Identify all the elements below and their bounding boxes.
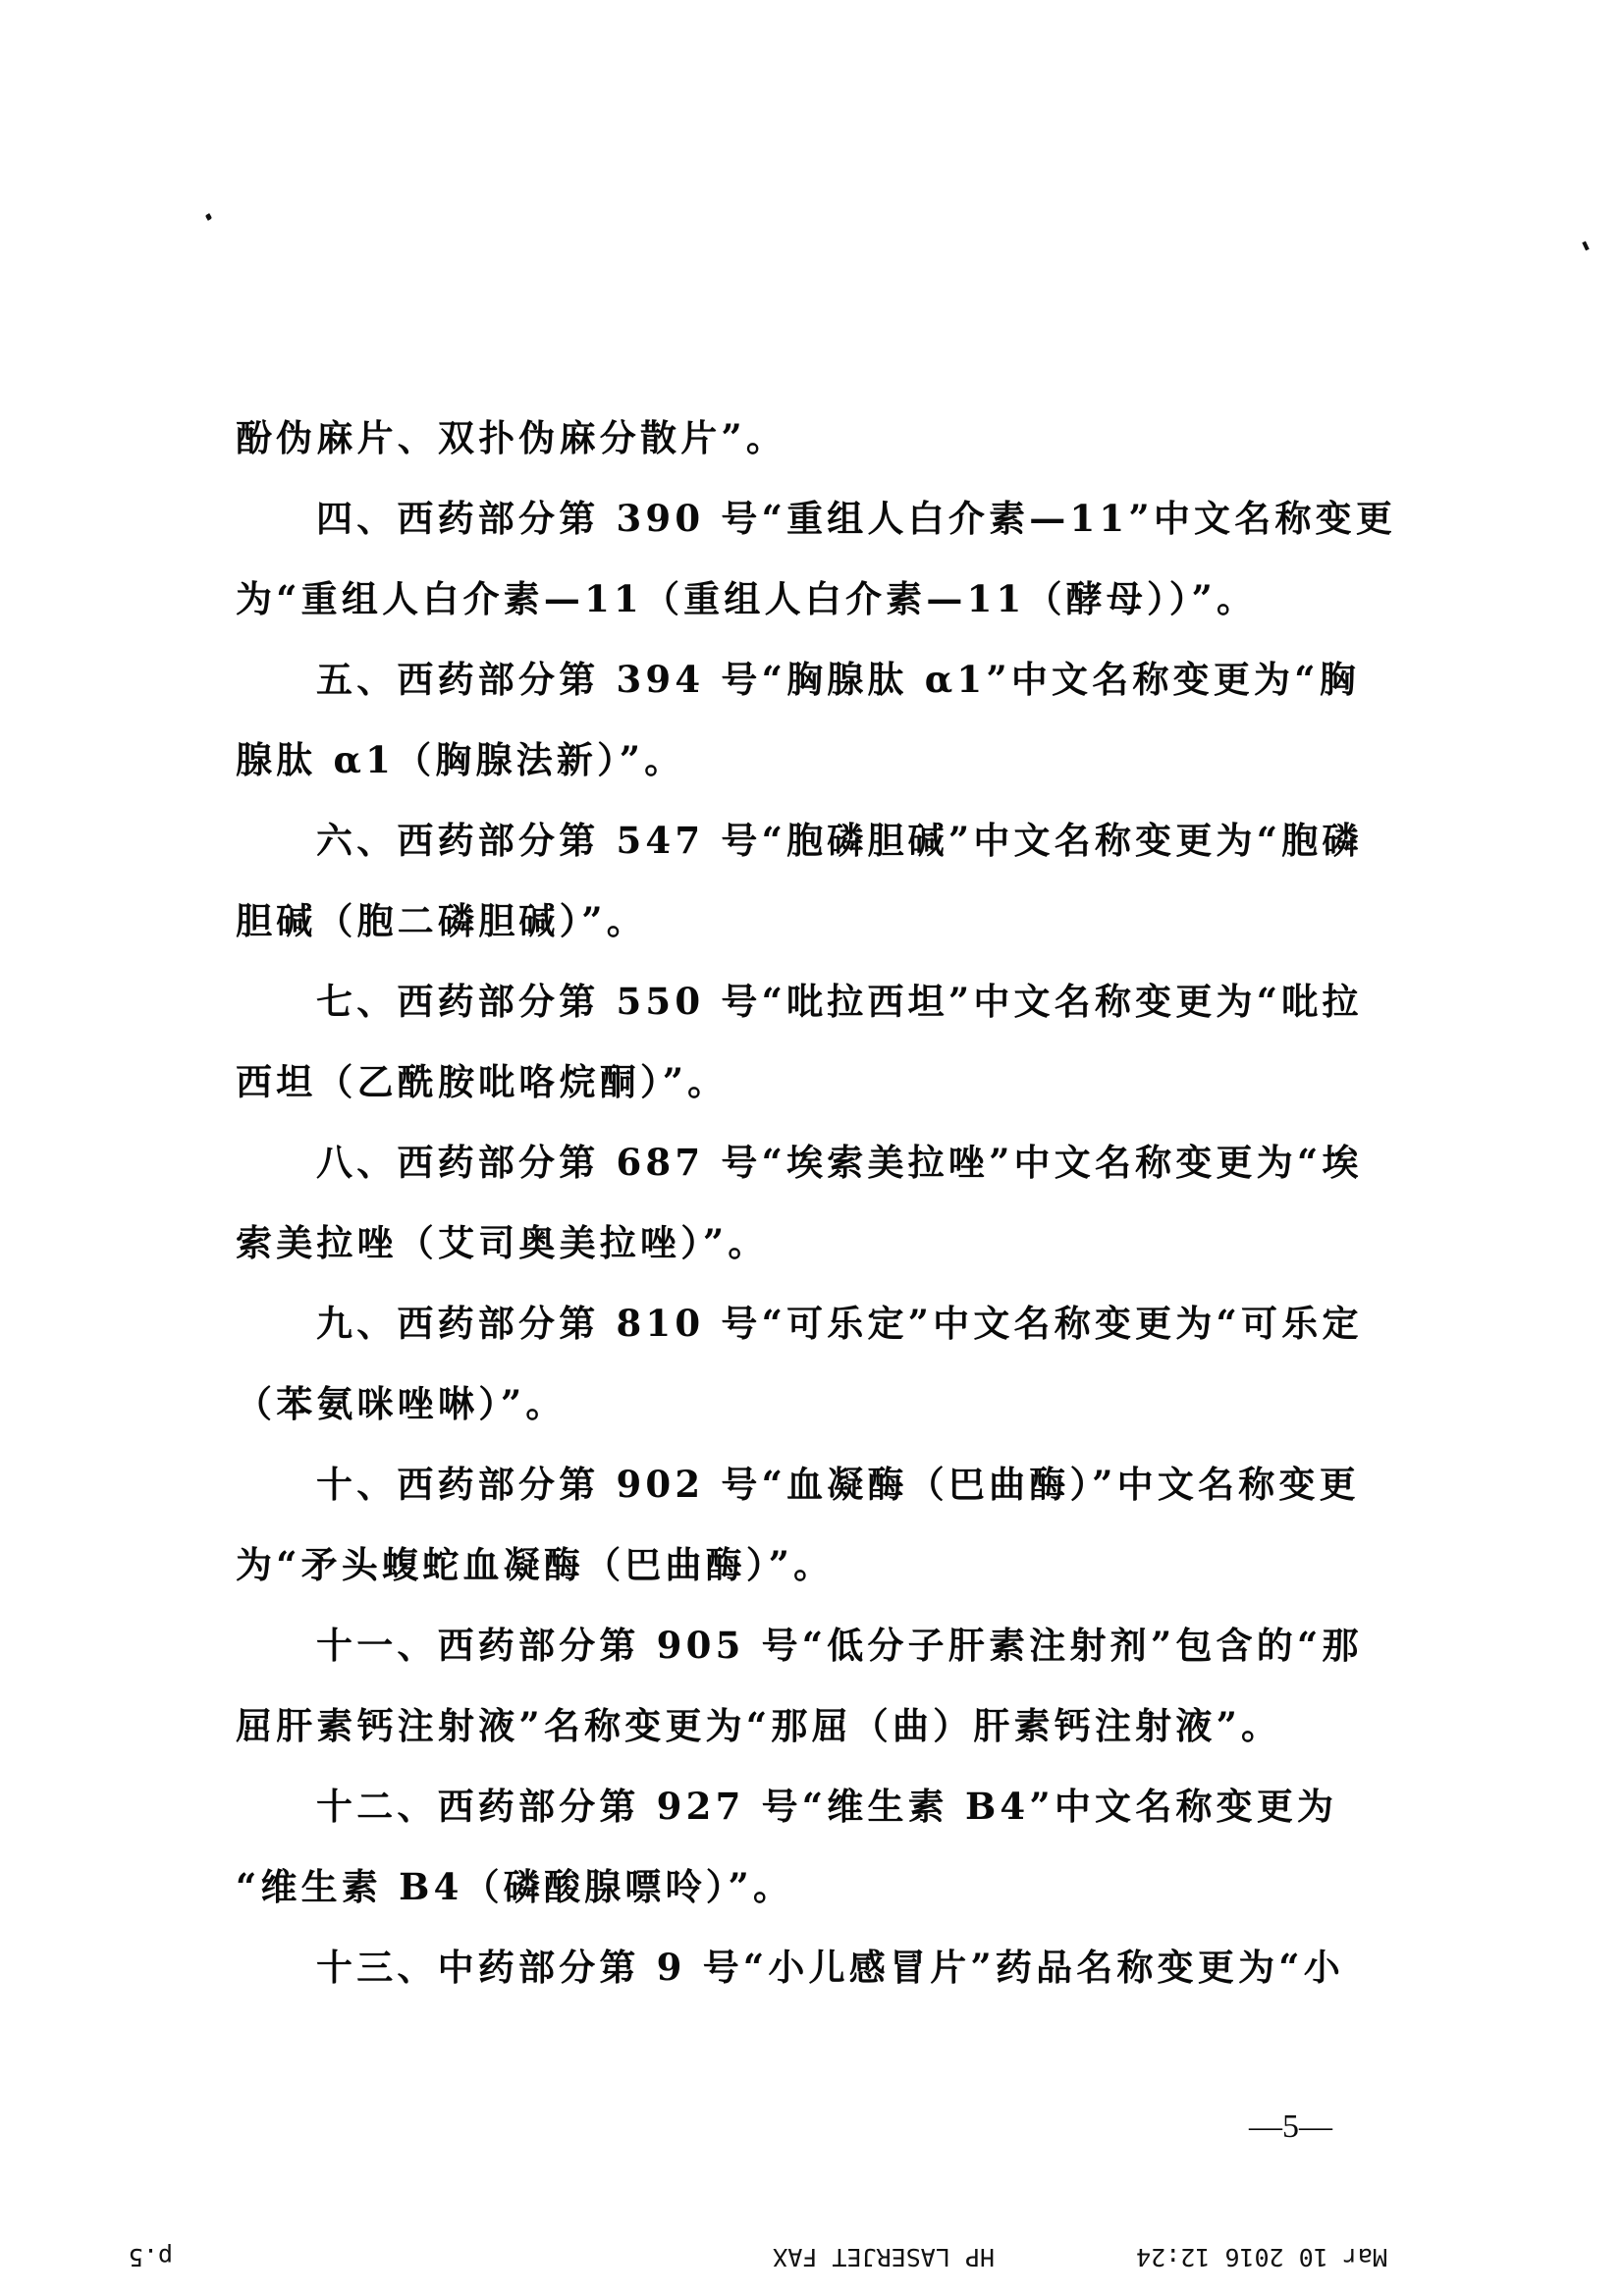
text-line: 为“矛头蝮蛇血凝酶（巴曲酶）”。: [236, 1537, 1340, 1618]
text-line: 九、西药部分第 810 号“可乐定”中文名称变更为“可乐定: [236, 1296, 1340, 1376]
text-line: 屈肝素钙注射液”名称变更为“那屈（曲）肝素钙注射液”。: [236, 1698, 1340, 1779]
text-line: 八、西药部分第 687 号“埃索美拉唑”中文名称变更为“埃: [236, 1135, 1340, 1215]
scan-speck: [1582, 241, 1589, 251]
fax-header-strip: Mar 10 2016 12:24 HP LASERJET FAX p.5: [0, 2226, 1623, 2285]
document-body: 酚伪麻片、双扑伪麻分散片”。 四、西药部分第 390 号“重组人白介素—11”中…: [236, 410, 1340, 2020]
scan-speck: [205, 213, 212, 221]
text-line: 十二、西药部分第 927 号“维生素 B4”中文名称变更为: [236, 1779, 1340, 1859]
fax-page-number: p.5: [129, 2243, 173, 2271]
text-line: 五、西药部分第 394 号“胸腺肽 α1”中文名称变更为“胸: [236, 652, 1340, 732]
page-number: —5—: [1249, 2109, 1332, 2146]
text-line: 西坦（乙酰胺吡咯烷酮）”。: [236, 1054, 1340, 1135]
text-line: 索美拉唑（艾司奥美拉唑）”。: [236, 1215, 1340, 1296]
text-line: 胆碱（胞二磷胆碱）”。: [236, 893, 1340, 974]
text-line: “维生素 B4（磷酸腺嘌呤）”。: [236, 1859, 1340, 1940]
text-line: 六、西药部分第 547 号“胞磷胆碱”中文名称变更为“胞磷: [236, 813, 1340, 893]
text-line: 腺肽 α1（胸腺法新）”。: [236, 732, 1340, 813]
text-line: （苯氨咪唑啉）”。: [236, 1376, 1340, 1457]
text-line: 为“重组人白介素—11（重组人白介素—11（酵母））”。: [236, 571, 1340, 652]
text-line: 七、西药部分第 550 号“吡拉西坦”中文名称变更为“吡拉: [236, 974, 1340, 1054]
fax-machine-name: HP LASERJET FAX: [773, 2243, 995, 2271]
text-line: 十、西药部分第 902 号“血凝酶（巴曲酶）”中文名称变更: [236, 1457, 1340, 1537]
fax-date-time: Mar 10 2016 12:24: [1136, 2243, 1387, 2271]
text-line: 十三、中药部分第 9 号“小儿感冒片”药品名称变更为“小: [236, 1940, 1340, 2020]
text-line: 四、西药部分第 390 号“重组人白介素—11”中文名称变更: [236, 491, 1340, 571]
text-line: 十一、西药部分第 905 号“低分子肝素注射剂”包含的“那: [236, 1618, 1340, 1698]
text-line: 酚伪麻片、双扑伪麻分散片”。: [236, 410, 1340, 491]
